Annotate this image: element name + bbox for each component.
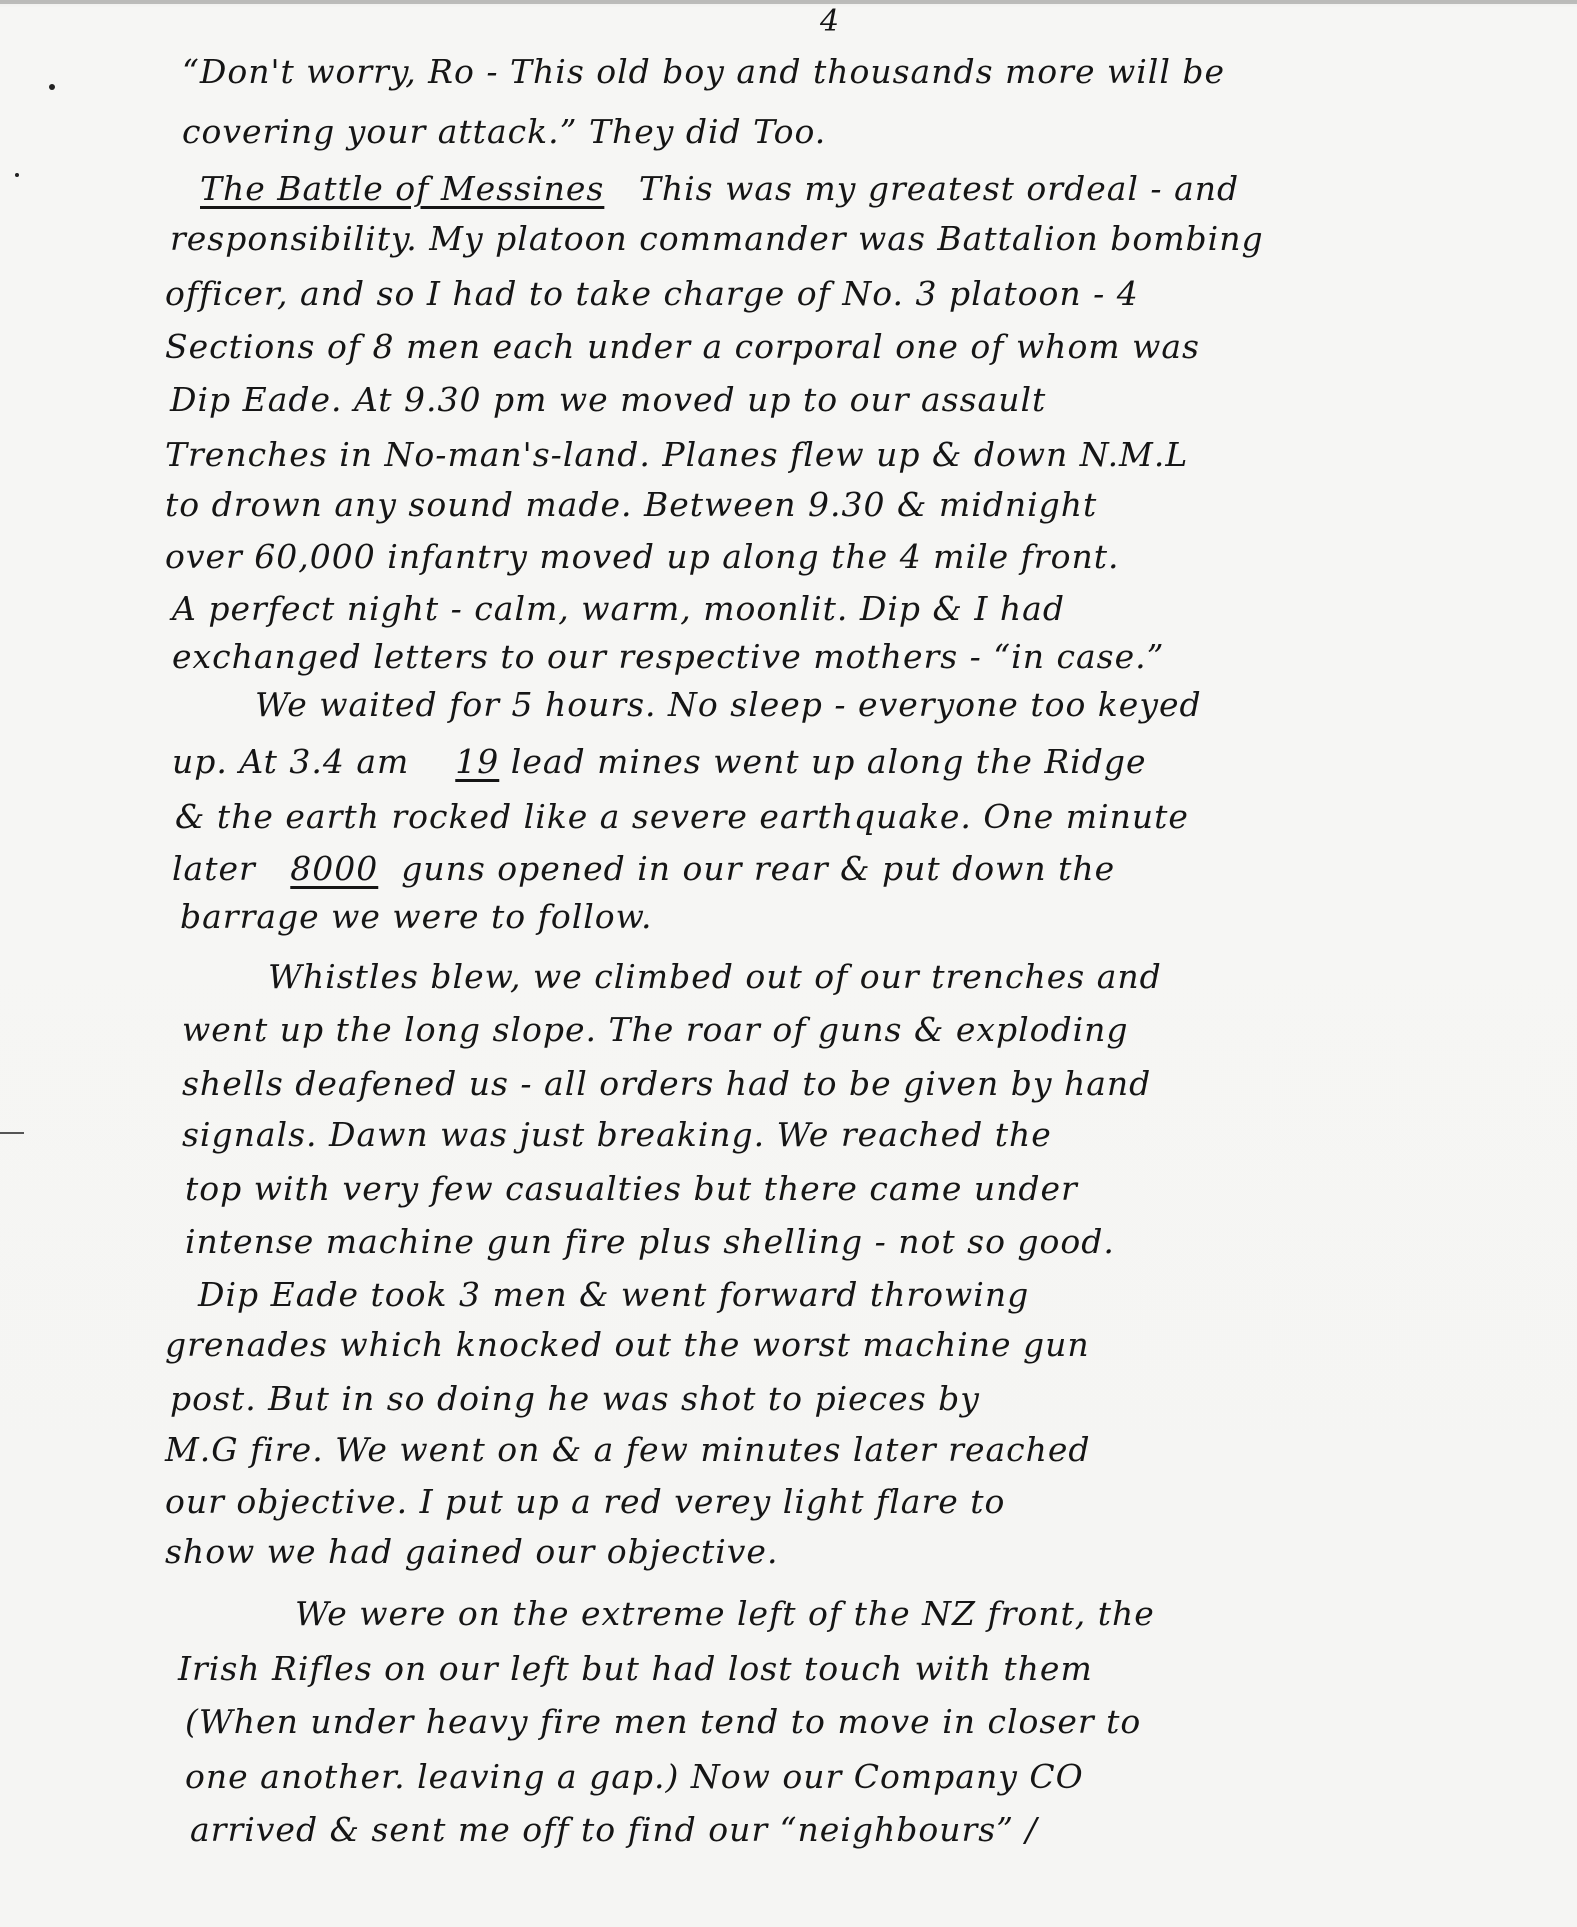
text-line-rest: lead mines went up along the Ridge (511, 742, 1147, 781)
text-line: to drown any sound made. Between 9.30 & … (165, 488, 1097, 521)
text-line: covering your attack.” They did Too. (182, 115, 826, 148)
text-line: officer, and so I had to take charge of … (165, 277, 1139, 310)
margin-mark (15, 173, 19, 177)
text-line-start: up. At 3.4 am (172, 742, 409, 781)
text-line: shells deafened us - all orders had to b… (182, 1067, 1151, 1100)
text-line: signals. Dawn was just breaking. We reac… (182, 1118, 1052, 1151)
text-line: We were on the extreme left of the NZ fr… (295, 1597, 1155, 1630)
text-line: Irish Rifles on our left but had lost to… (178, 1652, 1093, 1685)
text-line: responsibility. My platoon commander was… (170, 222, 1264, 255)
text-line: We waited for 5 hours. No sleep - everyo… (255, 688, 1202, 721)
margin-mark (49, 84, 55, 90)
text-line: The Battle of Messines This was my great… (200, 172, 1239, 205)
text-line: over 60,000 infantry moved up along the … (165, 540, 1119, 573)
text-line: intense machine gun fire plus shelling -… (185, 1225, 1115, 1258)
mines-count: 19 (455, 742, 499, 781)
page-top-edge (0, 0, 1577, 4)
text-line: Dip Eade took 3 men & went forward throw… (198, 1278, 1029, 1311)
section-heading: The Battle of Messines (200, 169, 604, 208)
text-line-rest: guns opened in our rear & put down the (401, 849, 1115, 888)
text-line: arrived & sent me off to find our “neigh… (190, 1813, 1038, 1846)
margin-mark (0, 1132, 24, 1134)
text-line: Sections of 8 men each under a corporal … (165, 330, 1200, 363)
text-line: show we had gained our objective. (165, 1535, 778, 1568)
text-line: Trenches in No-man's-land. Planes flew u… (165, 438, 1188, 471)
text-line-start: later (172, 849, 256, 888)
text-line: our objective. I put up a red verey ligh… (165, 1485, 1005, 1518)
text-line: M.G fire. We went on & a few minutes lat… (165, 1433, 1091, 1466)
text-line: later 8000 guns opened in our rear & put… (172, 852, 1115, 885)
text-line-rest: This was my greatest ordeal - and (639, 169, 1239, 208)
text-line: post. But in so doing he was shot to pie… (170, 1382, 980, 1415)
page-number: 4 (820, 4, 839, 39)
text-line: “Don't worry, Ro - This old boy and thou… (182, 55, 1225, 88)
text-line: Whistles blew, we climbed out of our tre… (268, 960, 1162, 993)
text-line: top with very few casualties but there c… (185, 1172, 1078, 1205)
text-line: A perfect night - calm, warm, moonlit. D… (172, 592, 1065, 625)
text-line: (When under heavy fire men tend to move … (185, 1705, 1141, 1738)
text-line: barrage we were to follow. (180, 900, 653, 933)
text-line: grenades which knocked out the worst mac… (165, 1328, 1090, 1361)
text-line: went up the long slope. The roar of guns… (182, 1013, 1129, 1046)
text-line: exchanged letters to our respective moth… (172, 640, 1164, 673)
scanned-page: 4 “Don't worry, Ro - This old boy and th… (0, 0, 1577, 1927)
guns-count: 8000 (290, 849, 378, 888)
text-line: & the earth rocked like a severe earthqu… (175, 800, 1189, 833)
text-line: up. At 3.4 am 19 lead mines went up alon… (172, 745, 1147, 778)
text-line: Dip Eade. At 9.30 pm we moved up to our … (170, 383, 1046, 416)
text-line: one another. leaving a gap.) Now our Com… (185, 1760, 1084, 1793)
